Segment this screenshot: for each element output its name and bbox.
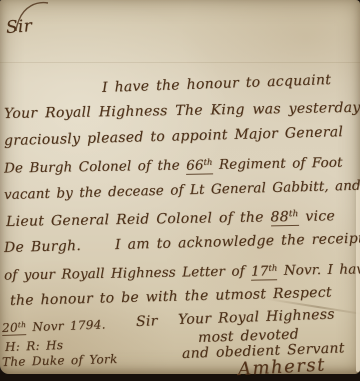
line7-text-a: De Burgh. [4, 238, 81, 256]
ordinal-suffix: th [289, 209, 299, 219]
docket-date-20-underlined: 20th [2, 320, 27, 336]
letter-scan: Sir I have the honour to acquaint Your R… [0, 0, 360, 381]
letter-date-number: 17 [251, 263, 269, 279]
regiment-number-88-underlined: 88th [270, 209, 298, 226]
ordinal-suffix: th [203, 156, 212, 166]
horizontal-crease [0, 62, 360, 63]
line8-text-post: Novr. I have [277, 261, 360, 279]
signature-amherst: Amherst [237, 354, 326, 380]
paper-right-edge [356, 185, 360, 372]
regiment-number: 66 [186, 157, 204, 173]
regiment-number-66-underlined: 66th [186, 157, 213, 174]
line4-text-post: Regiment of Foot [212, 155, 342, 173]
docket-date-number: 20 [2, 321, 18, 336]
line4-text-pre: De Burgh Colonel of the [4, 157, 186, 176]
letter-date-17-underlined: 17th [251, 263, 278, 280]
line6-text-post: vice [298, 208, 335, 225]
docket-date-rest: Novr 1794. [26, 317, 106, 334]
docket-addressee-abbr: H: R: Hs [5, 338, 64, 354]
salutation: Sir [5, 16, 32, 38]
regiment-number: 88 [270, 209, 289, 225]
closing-sir: Sir [136, 313, 158, 330]
